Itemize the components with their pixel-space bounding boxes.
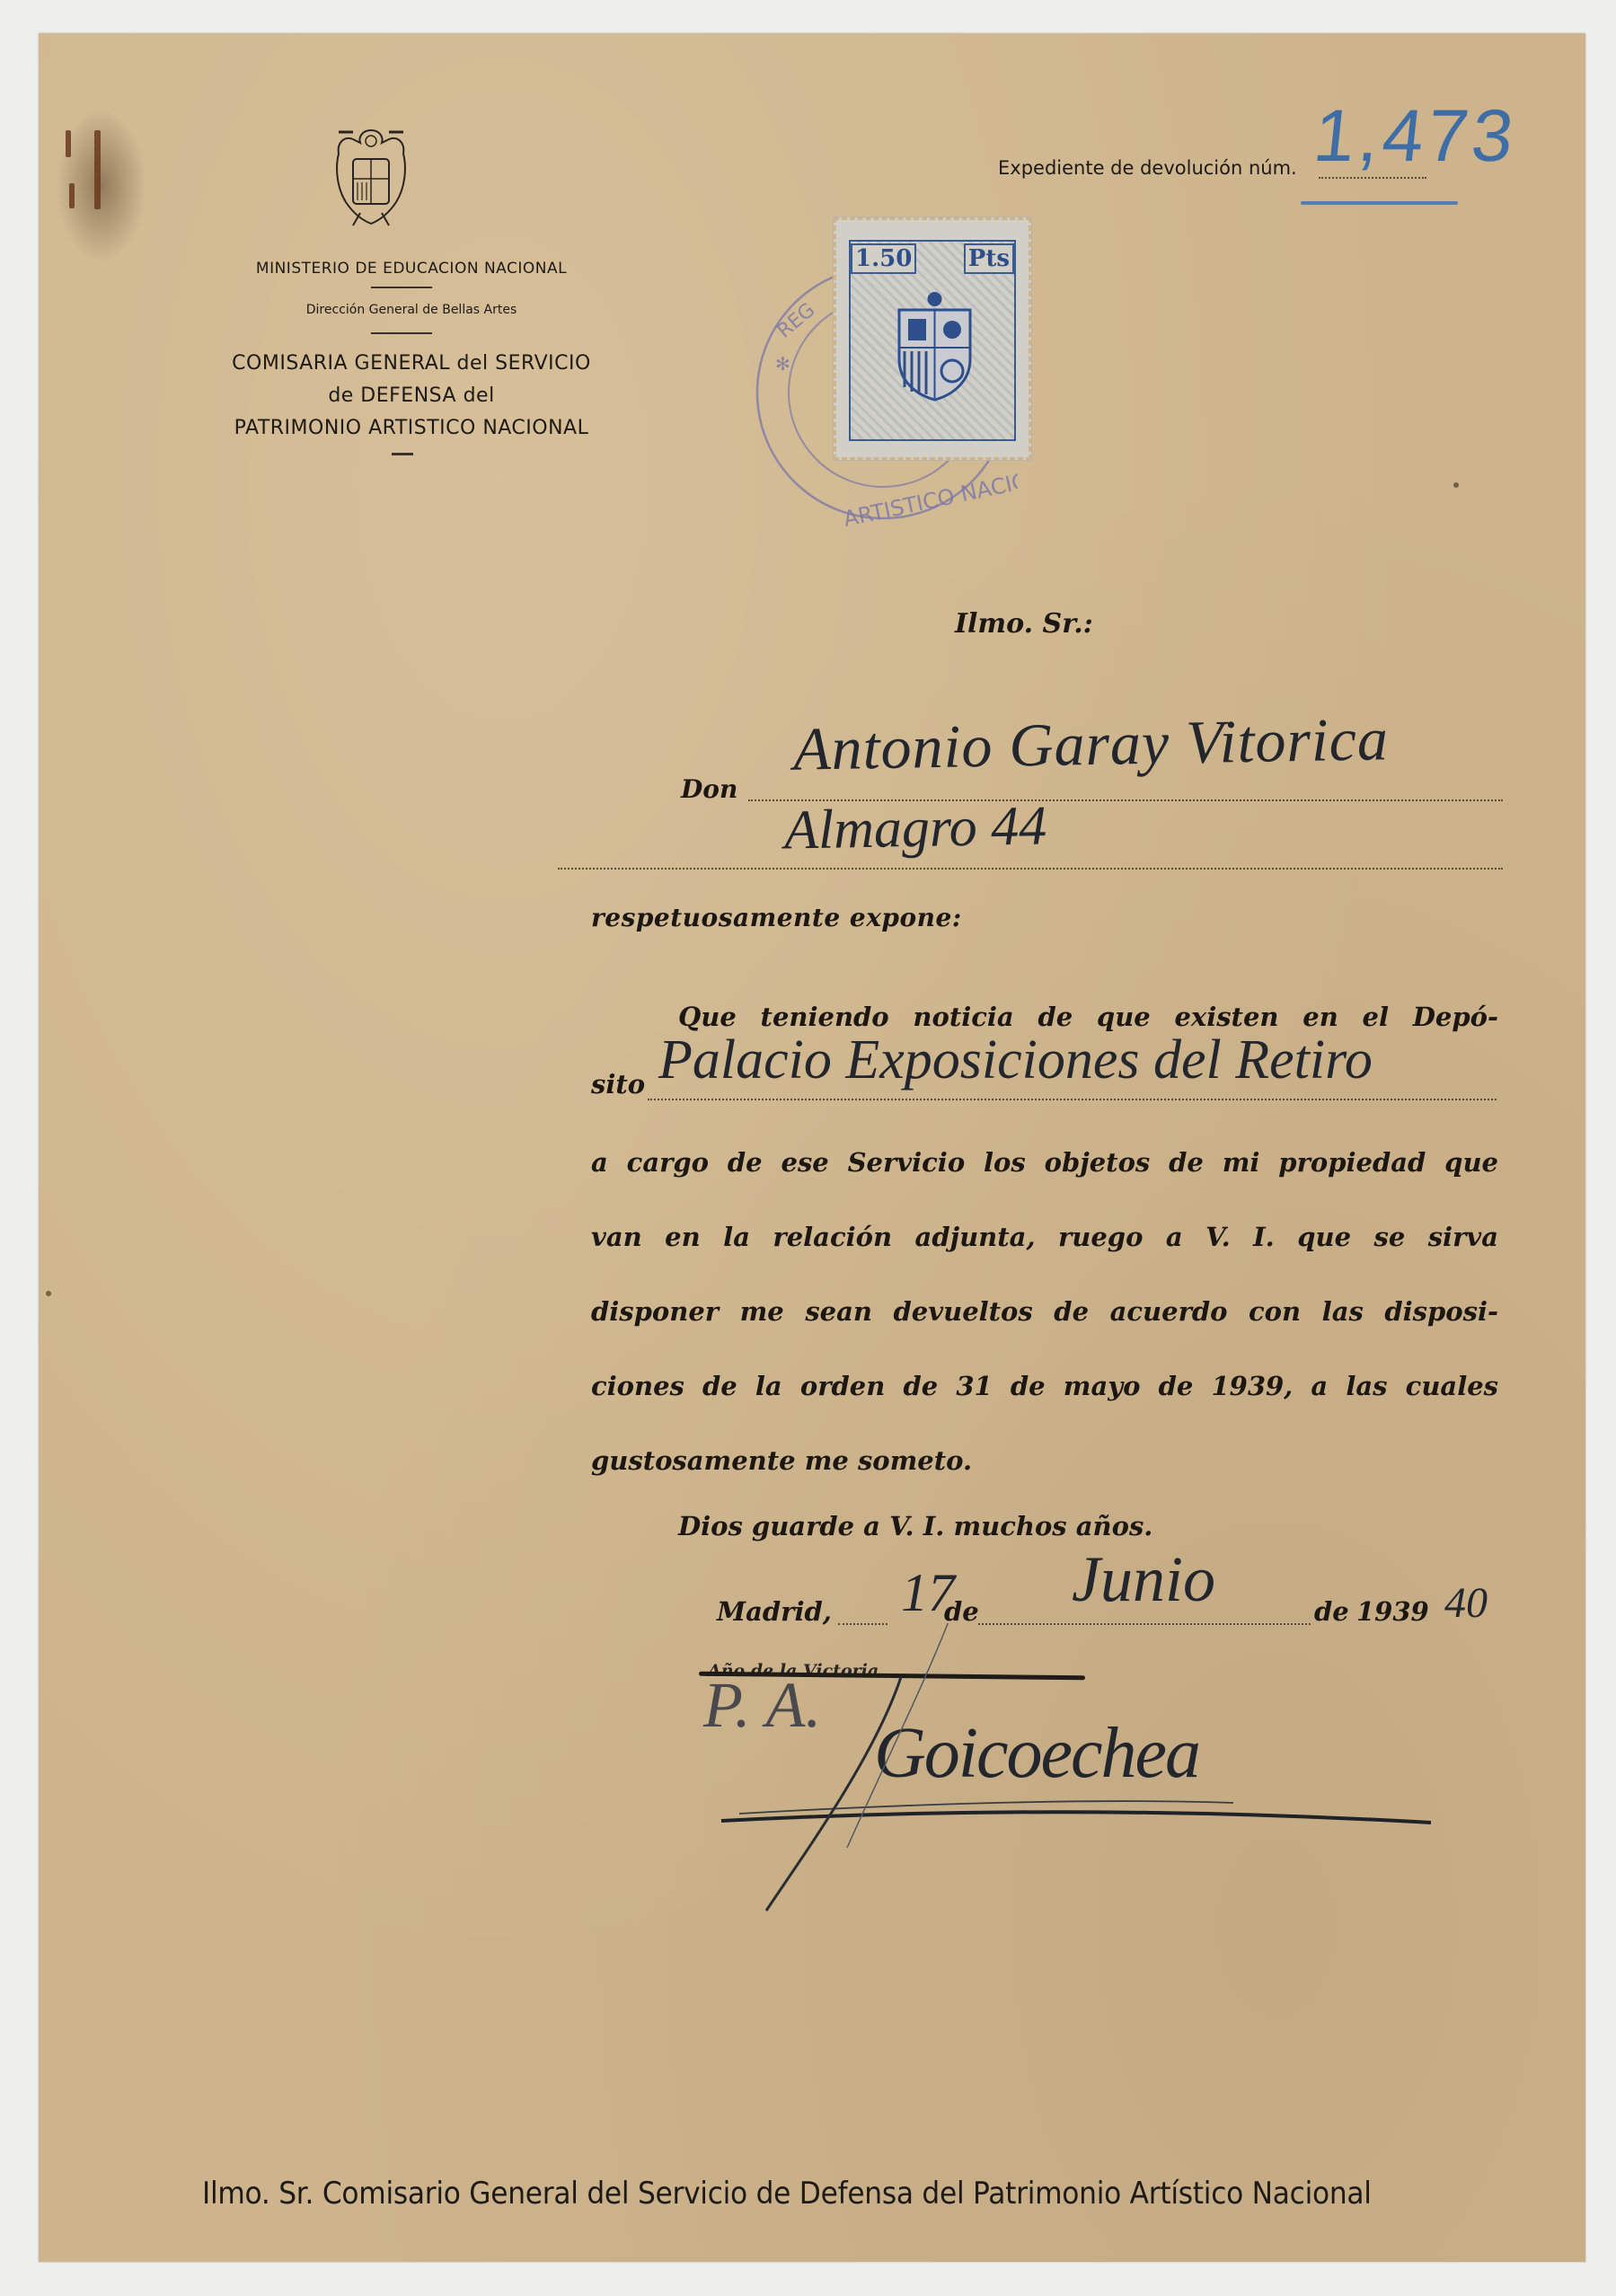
applicant-name-handwritten: Antonio Garay Vitorica — [792, 703, 1389, 785]
paper-speck — [46, 1291, 51, 1296]
deposit-dotted-line — [648, 1099, 1497, 1100]
staple-mark — [66, 130, 71, 157]
date-place: Madrid, — [717, 1596, 832, 1627]
document-page: MINISTERIO DE EDUCACION NACIONAL Direcci… — [39, 33, 1585, 2262]
body-line: disponer me sean devueltos de acuerdo co… — [591, 1296, 1498, 1327]
address-dotted-line — [558, 868, 1503, 870]
body-line: gustosamente me someto. — [591, 1445, 1498, 1476]
month-handwritten: Junio — [1072, 1542, 1215, 1617]
body-line: sito — [591, 1069, 645, 1099]
body-line: Que teniendo noticia de que existen en e… — [678, 1002, 1498, 1032]
commissariat-line-3: PATRIMONIO ARTISTICO NACIONAL — [97, 412, 726, 445]
letterhead-divider — [392, 453, 413, 455]
closing-formula: Dios guarde a V. I. muchos años. — [678, 1511, 1152, 1541]
addressee-footer: Ilmo. Sr. Comisario General del Servicio… — [202, 2176, 1372, 2212]
file-number-label: Expediente de devolución núm. — [998, 157, 1297, 179]
deposit-handwritten: Palacio Exposiciones del Retiro — [658, 1029, 1373, 1092]
file-number-handwritten: 1,473 — [1310, 94, 1521, 179]
file-number-underline — [1301, 201, 1458, 205]
body-line: a cargo de ese Servicio los objetos de m… — [591, 1147, 1498, 1178]
staple-mark — [94, 130, 101, 209]
body-line: van en la relación adjunta, ruego a V. I… — [591, 1222, 1498, 1252]
svg-text:✻: ✻ — [775, 353, 790, 375]
applicant-address-handwritten: Almagro 44 — [783, 794, 1046, 862]
paper-speck — [1453, 482, 1459, 488]
day-handwritten: 17 — [901, 1562, 955, 1624]
commissariat-line-1: COMISARIA GENERAL del SERVICIO — [97, 348, 726, 380]
salutation: Ilmo. Sr.: — [955, 608, 1093, 640]
date-year-printed: 1939 — [1356, 1596, 1429, 1627]
ministry-name: MINISTERIO DE EDUCACION NACIONAL — [97, 260, 726, 278]
letterhead-divider — [371, 332, 432, 334]
date-de: de — [1314, 1596, 1349, 1627]
shield-icon — [892, 292, 977, 404]
don-label: Don — [681, 774, 737, 804]
stamp-value: 1.50 — [851, 243, 916, 274]
direction-name: Dirección General de Bellas Artes — [97, 303, 726, 317]
coat-of-arms-icon — [326, 123, 416, 235]
year-correction-handwritten: 40 — [1444, 1578, 1488, 1628]
svg-text:ARTISTICO NACIO: ARTISTICO NACIO — [841, 468, 1018, 527]
intro-text: respetuosamente expone: — [591, 903, 962, 932]
signature-flourish-icon — [658, 1623, 1467, 1920]
staple-mark — [69, 183, 75, 208]
letterhead-divider — [371, 287, 432, 288]
body-line: ciones de la orden de 31 de mayo de 1939… — [591, 1371, 1498, 1401]
svg-text:REG: REG — [773, 299, 819, 343]
stamp-currency: Pts — [964, 243, 1014, 274]
fiscal-stamp: 1.50 Pts — [834, 217, 1031, 460]
commissariat-line-2: de DEFENSA del — [97, 380, 726, 412]
